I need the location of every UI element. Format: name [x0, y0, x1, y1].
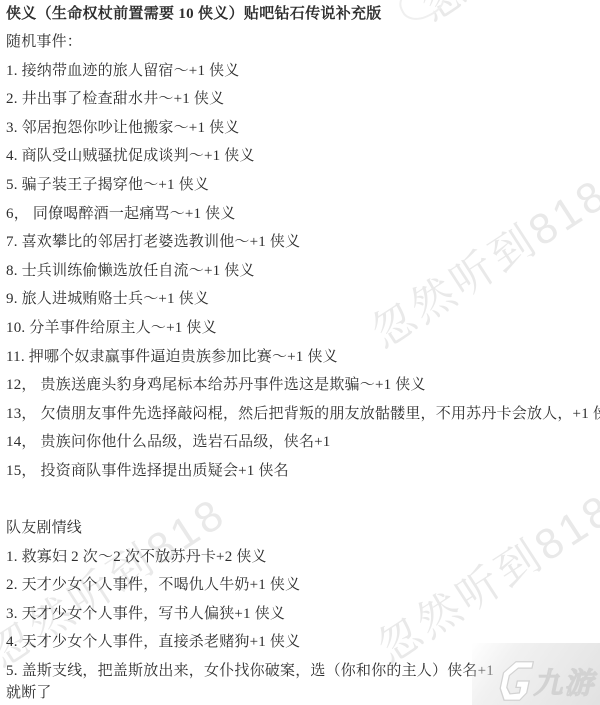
9game-logo-text: 九游	[532, 661, 600, 702]
list-item: 10. 分羊事件给原主人～+1 侠义	[6, 314, 600, 343]
list-item: 15， 投资商队事件选择提出质疑会+1 侠名	[6, 457, 600, 486]
list-item: 2. 天才少女个人事件，不喝仇人牛奶+1 侠义	[6, 571, 600, 600]
list-item: 12， 贵族送鹿头豹身鸡尾标本给苏丹事件选这是欺骗～+1 侠义	[6, 371, 600, 400]
list-item: 3. 邻居抱怨你吵让他搬家～+1 侠义	[6, 114, 600, 143]
list-item: 8. 士兵训练偷懒选放任自流～+1 侠义	[6, 257, 600, 286]
blank-line	[6, 486, 600, 515]
list-item: 13， 欠债朋友事件先选择敲闷棍，然后把背叛的朋友放骷髅里，不用苏丹卡会放人，+…	[6, 400, 600, 429]
list-item: 2. 井出事了检查甜水井～+1 侠义	[6, 85, 600, 114]
section-heading-random-events: 随机事件：	[6, 28, 600, 57]
list-item: 5. 骗子装王子揭穿他～+1 侠义	[6, 171, 600, 200]
list-item: 7. 喜欢攀比的邻居打老婆选教训他～+1 侠义	[6, 228, 600, 257]
list-item: 3. 天才少女个人事件，写书人偏狭+1 侠义	[6, 600, 600, 629]
list-item: 1. 救寡妇 2 次～2 次不放苏丹卡+2 侠义	[6, 543, 600, 572]
article: 侠义（生命权杖前置需要 10 侠义）贴吧钻石传说补充版 随机事件： 1. 接纳带…	[6, 3, 600, 705]
list-item: 6， 同僚喝醉酒一起痛骂～+1 侠义	[6, 200, 600, 229]
9game-logo: 九游	[494, 659, 600, 703]
list-item: 9. 旅人进城贿赂士兵～+1 侠义	[6, 285, 600, 314]
list-item: 11. 押哪个奴隶赢事件逼迫贵族参加比赛～+1 侠义	[6, 343, 600, 372]
list-item: 4. 商队受山贼骚扰促成谈判～+1 侠义	[6, 142, 600, 171]
list-item: 1. 接纳带血迹的旅人留宿～+1 侠义	[6, 57, 600, 86]
article-title: 侠义（生命权杖前置需要 10 侠义）贴吧钻石传说补充版	[6, 3, 600, 28]
list-item: 14， 贵族问你他什么品级，选岩石品级，侠名+1	[6, 428, 600, 457]
section-heading-teammate-plot: 队友剧情线	[6, 514, 600, 543]
